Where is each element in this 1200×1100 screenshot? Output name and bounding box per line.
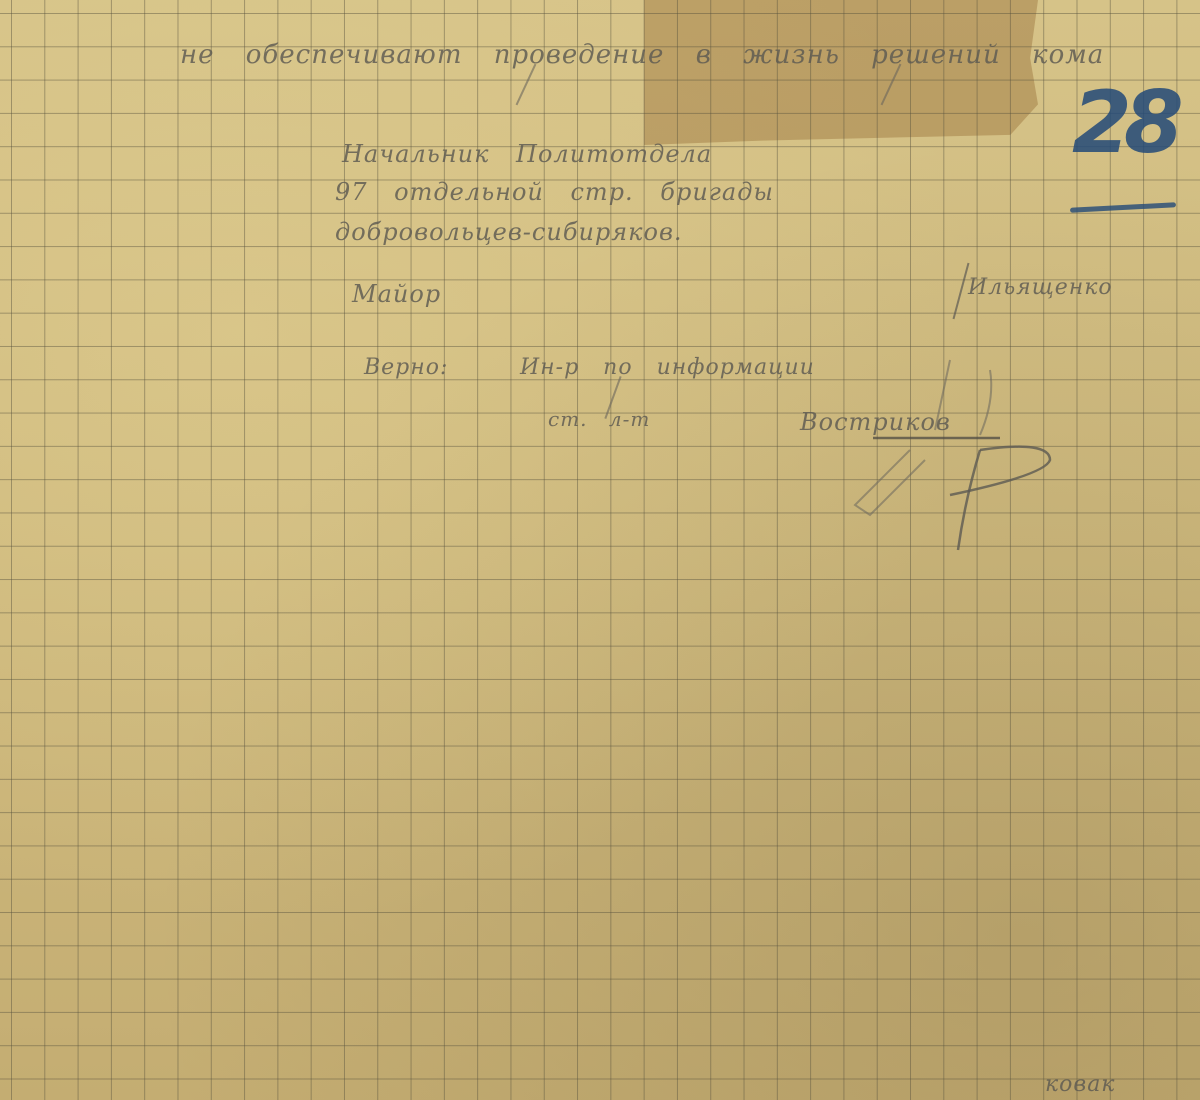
- page-number: 28: [1072, 80, 1176, 166]
- signatory-rank: Майор: [352, 280, 441, 308]
- bottom-partial-text: ковак: [1045, 1072, 1115, 1097]
- signatory-title-line-1: Начальник Политотдела: [342, 140, 712, 168]
- certifier-position: Ин-р по информации: [520, 355, 815, 380]
- signature-flourish-icon: [840, 340, 1080, 560]
- certification-label: Верно:: [364, 355, 448, 380]
- text-line-1: не обеспечивают проведение в жизнь решен…: [180, 40, 1104, 70]
- signatory-title-line-2: 97 отдельной стр. бригады: [335, 178, 774, 206]
- signatory-surname: Ильященко: [968, 275, 1113, 300]
- signatory-title-line-3: добровольцев-сибиряков.: [335, 218, 683, 246]
- certifier-rank: ст. л-т: [548, 407, 650, 431]
